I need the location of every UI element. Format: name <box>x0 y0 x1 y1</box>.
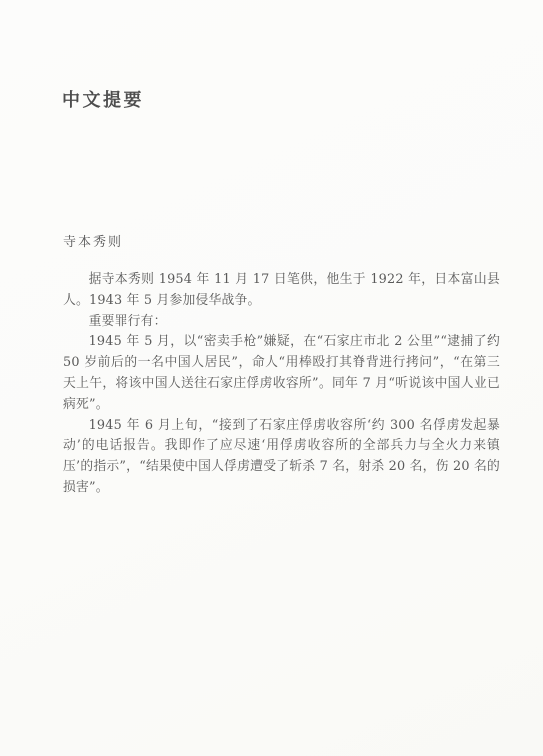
paragraph: 据寺本秀则 1954 年 11 月 17 日笔供，他生于 1922 年，日本富山… <box>63 270 500 312</box>
paragraph: 重要罪行有： <box>63 312 500 333</box>
paragraph: 1945 年 6 月上旬，“接到了石家庄俘虏收容所‘约 300 名俘虏发起暴动’… <box>63 416 500 499</box>
document-page: 中文提要 寺本秀则 据寺本秀则 1954 年 11 月 17 日笔供，他生于 1… <box>0 0 543 756</box>
page-title: 中文提要 <box>62 86 144 112</box>
subject-name: 寺本秀则 <box>63 231 123 250</box>
body-text: 据寺本秀则 1954 年 11 月 17 日笔供，他生于 1922 年，日本富山… <box>63 270 500 499</box>
paragraph: 1945 年 5 月，以“密卖手枪”嫌疑，在“石家庄市北 2 公里”“逮捕了约 … <box>63 332 500 415</box>
